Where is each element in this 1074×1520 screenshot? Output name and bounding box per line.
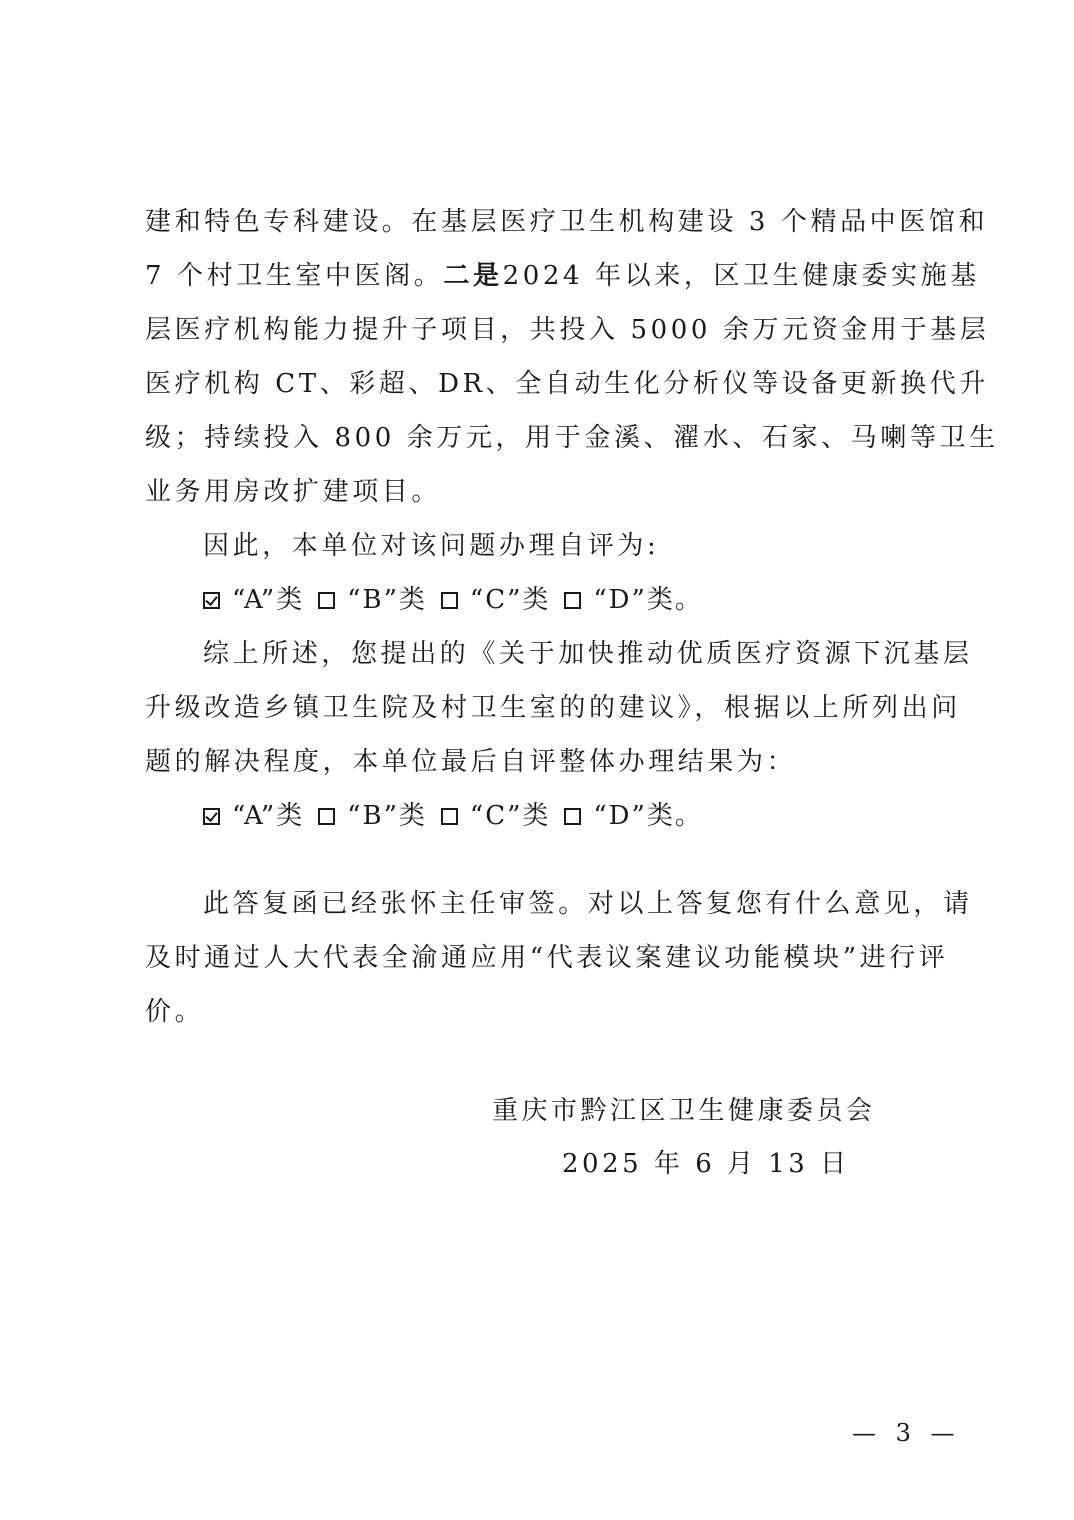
body-line: 业务用房改扩建项目。 [145, 474, 945, 510]
signature-organization: 重庆市黔江区卫生健康委员会 [492, 1093, 876, 1129]
body-line: 层医疗机构能力提升子项目，共投入 5000 余万元资金用于基层 [145, 312, 945, 348]
evaluation-options-1: “A”类 “B”类 “C”类 “D”类。 [203, 582, 717, 618]
signature-date: 2025 年 6 月 13 日 [562, 1146, 850, 1182]
evaluation-prompt: 因此，本单位对该问题办理自评为: [203, 528, 945, 564]
option-d[interactable]: “D”类。 [564, 798, 702, 834]
option-b[interactable]: “B”类 [318, 798, 427, 834]
unchecked-box-icon[interactable] [318, 808, 335, 825]
option-b[interactable]: “B”类 [318, 582, 427, 618]
unchecked-box-icon[interactable] [564, 808, 581, 825]
unchecked-box-icon[interactable] [318, 592, 335, 609]
option-a[interactable]: “A”类 [203, 582, 304, 618]
option-a[interactable]: “A”类 [203, 798, 304, 834]
body-line: 建和特色专科建设。在基层医疗卫生机构建设 3 个精品中医馆和 [145, 204, 945, 240]
document-page: 建和特色专科建设。在基层医疗卫生机构建设 3 个精品中医馆和 7 个村卫生室中医… [0, 0, 1074, 1520]
checked-box-icon[interactable] [203, 808, 220, 825]
closing-line: 价。 [145, 994, 945, 1030]
body-text: 7 个村卫生室中医阁。 [145, 261, 443, 291]
summary-line: 题的解决程度，本单位最后自评整体办理结果为： [145, 744, 945, 780]
checked-box-icon[interactable] [203, 592, 220, 609]
body-line: 级；持续投入 800 余万元，用于金溪、濯水、石家、马喇等卫生 [145, 420, 945, 456]
summary-line: 升级改造乡镇卫生院及村卫生室的的建议》，根据以上所列出问 [145, 690, 945, 726]
body-text: 2024 年以来，区卫生健康委实施基 [503, 261, 980, 291]
unchecked-box-icon[interactable] [441, 592, 458, 609]
option-c[interactable]: “C”类 [441, 798, 550, 834]
body-line: 医疗机构 CT、彩超、DR、全自动生化分析仪等设备更新换代升 [145, 366, 945, 402]
option-d[interactable]: “D”类。 [564, 582, 702, 618]
summary-line: 综上所述，您提出的《关于加快推动优质医疗资源下沉基层 [203, 636, 945, 672]
closing-line: 此答复函已经张怀主任审签。对以上答复您有什么意见，请 [203, 886, 945, 922]
evaluation-options-2: “A”类 “B”类 “C”类 “D”类。 [203, 798, 717, 834]
option-c[interactable]: “C”类 [441, 582, 550, 618]
unchecked-box-icon[interactable] [441, 808, 458, 825]
body-line: 7 个村卫生室中医阁。二是2024 年以来，区卫生健康委实施基 [145, 258, 945, 294]
closing-line: 及时通过人大代表全渝通应用“代表议案建议功能模块”进行评 [145, 940, 945, 976]
emphasis-text: 二是 [443, 261, 502, 291]
unchecked-box-icon[interactable] [564, 592, 581, 609]
page-number: — 3 — [852, 1418, 961, 1448]
